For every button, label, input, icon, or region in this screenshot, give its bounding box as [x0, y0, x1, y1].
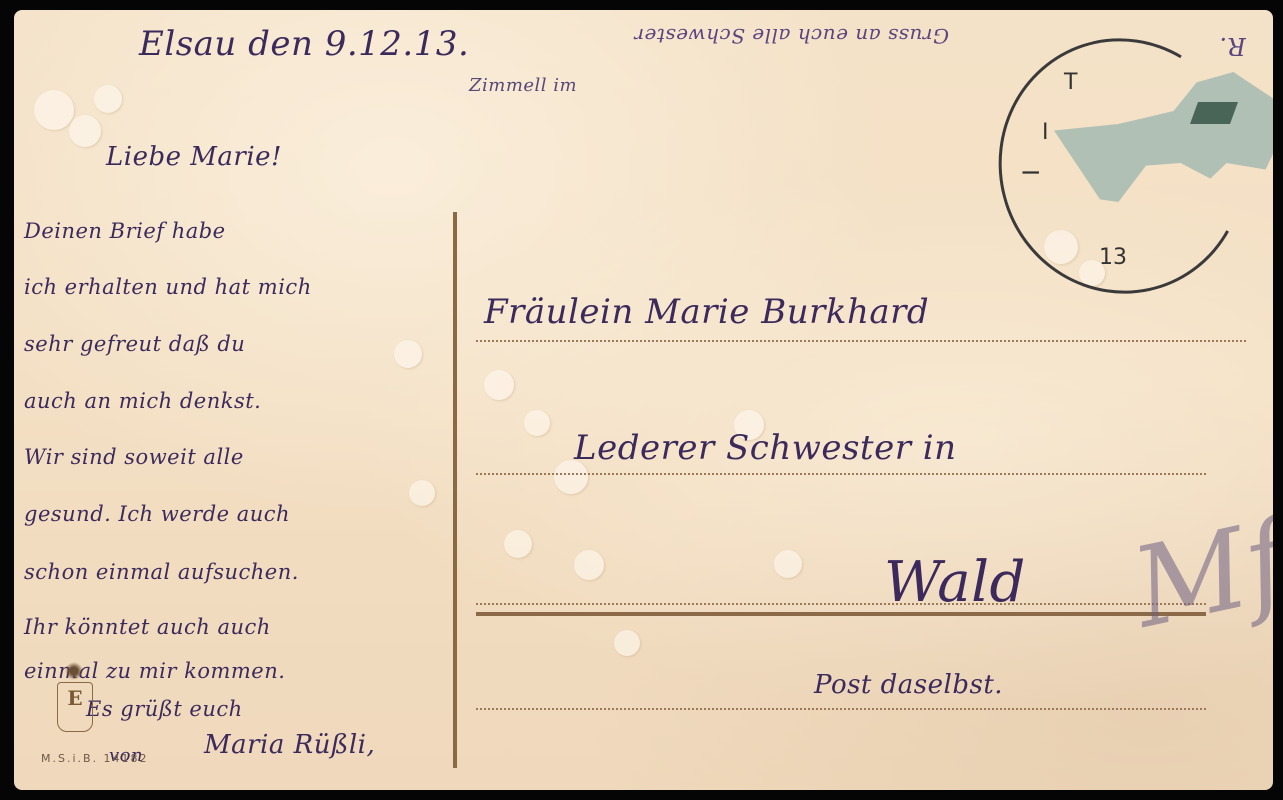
printer-code: M.S.i.B. 14182 [41, 752, 149, 765]
message-line: ich erhalten und hat mich [24, 268, 312, 307]
place-date: Elsau den 9.12.13. [139, 24, 469, 64]
embossed-flower [409, 480, 435, 506]
postmark-letter: I [1042, 120, 1049, 145]
message-line: auch an mich denkst. [24, 382, 261, 421]
signature: Maria Rüßli, [204, 730, 375, 760]
message-line: schon einmal aufsuchen. [24, 553, 299, 592]
address-recipient: Fräulein Marie Burkhard [484, 292, 929, 332]
embossed-flower [504, 530, 532, 558]
postcard: Elsau den 9.12.13. Zimmell im Gruss an e… [14, 10, 1273, 790]
address-line-2-rule [476, 473, 1206, 475]
embossed-flower [614, 630, 640, 656]
postmark-letter: I [1020, 169, 1045, 176]
embossed-flower [394, 340, 422, 368]
embossed-flower [34, 90, 74, 130]
embossed-flower [69, 115, 101, 147]
address-line-3-solid-rule [476, 612, 1206, 616]
embossed-flower [524, 410, 550, 436]
date-annotation: Zimmell im [469, 66, 577, 105]
stamp-print-fragment [1190, 102, 1238, 124]
address-post: Post daselbst. [814, 670, 1003, 700]
message-line: Es grüßt euch [86, 690, 243, 729]
embossed-flower [574, 550, 604, 580]
card-divider [453, 212, 457, 768]
postmark-year: 13 [1099, 245, 1127, 270]
address-line-4-rule [476, 708, 1206, 710]
address-town: Wald [884, 550, 1026, 615]
embossed-flower [94, 85, 122, 113]
pencil-annotation: Mf [1122, 495, 1273, 652]
postmark-letter: T [1064, 70, 1077, 95]
upside-down-note: Gruss an euch alle Schwester [634, 24, 949, 48]
message-line: Wir sind soweit alle [24, 438, 244, 477]
salutation: Liebe Marie! [106, 142, 282, 172]
embossed-flower [774, 550, 802, 578]
address-line-3-rule [476, 603, 1206, 605]
embossed-flower [484, 370, 514, 400]
message-line: Ihr könntet auch auch [24, 608, 271, 647]
message-line: gesund. Ich werde auch [24, 495, 290, 534]
corner-mark: R. [1219, 32, 1246, 60]
message-line: Deinen Brief habe [24, 212, 226, 251]
address-occupation: Lederer Schwester in [574, 428, 957, 468]
publisher-logo-icon: E [57, 682, 93, 732]
message-line: sehr gefreut daß du [24, 325, 245, 364]
sunburst-icon [65, 662, 83, 680]
address-line-1-rule [476, 340, 1246, 342]
